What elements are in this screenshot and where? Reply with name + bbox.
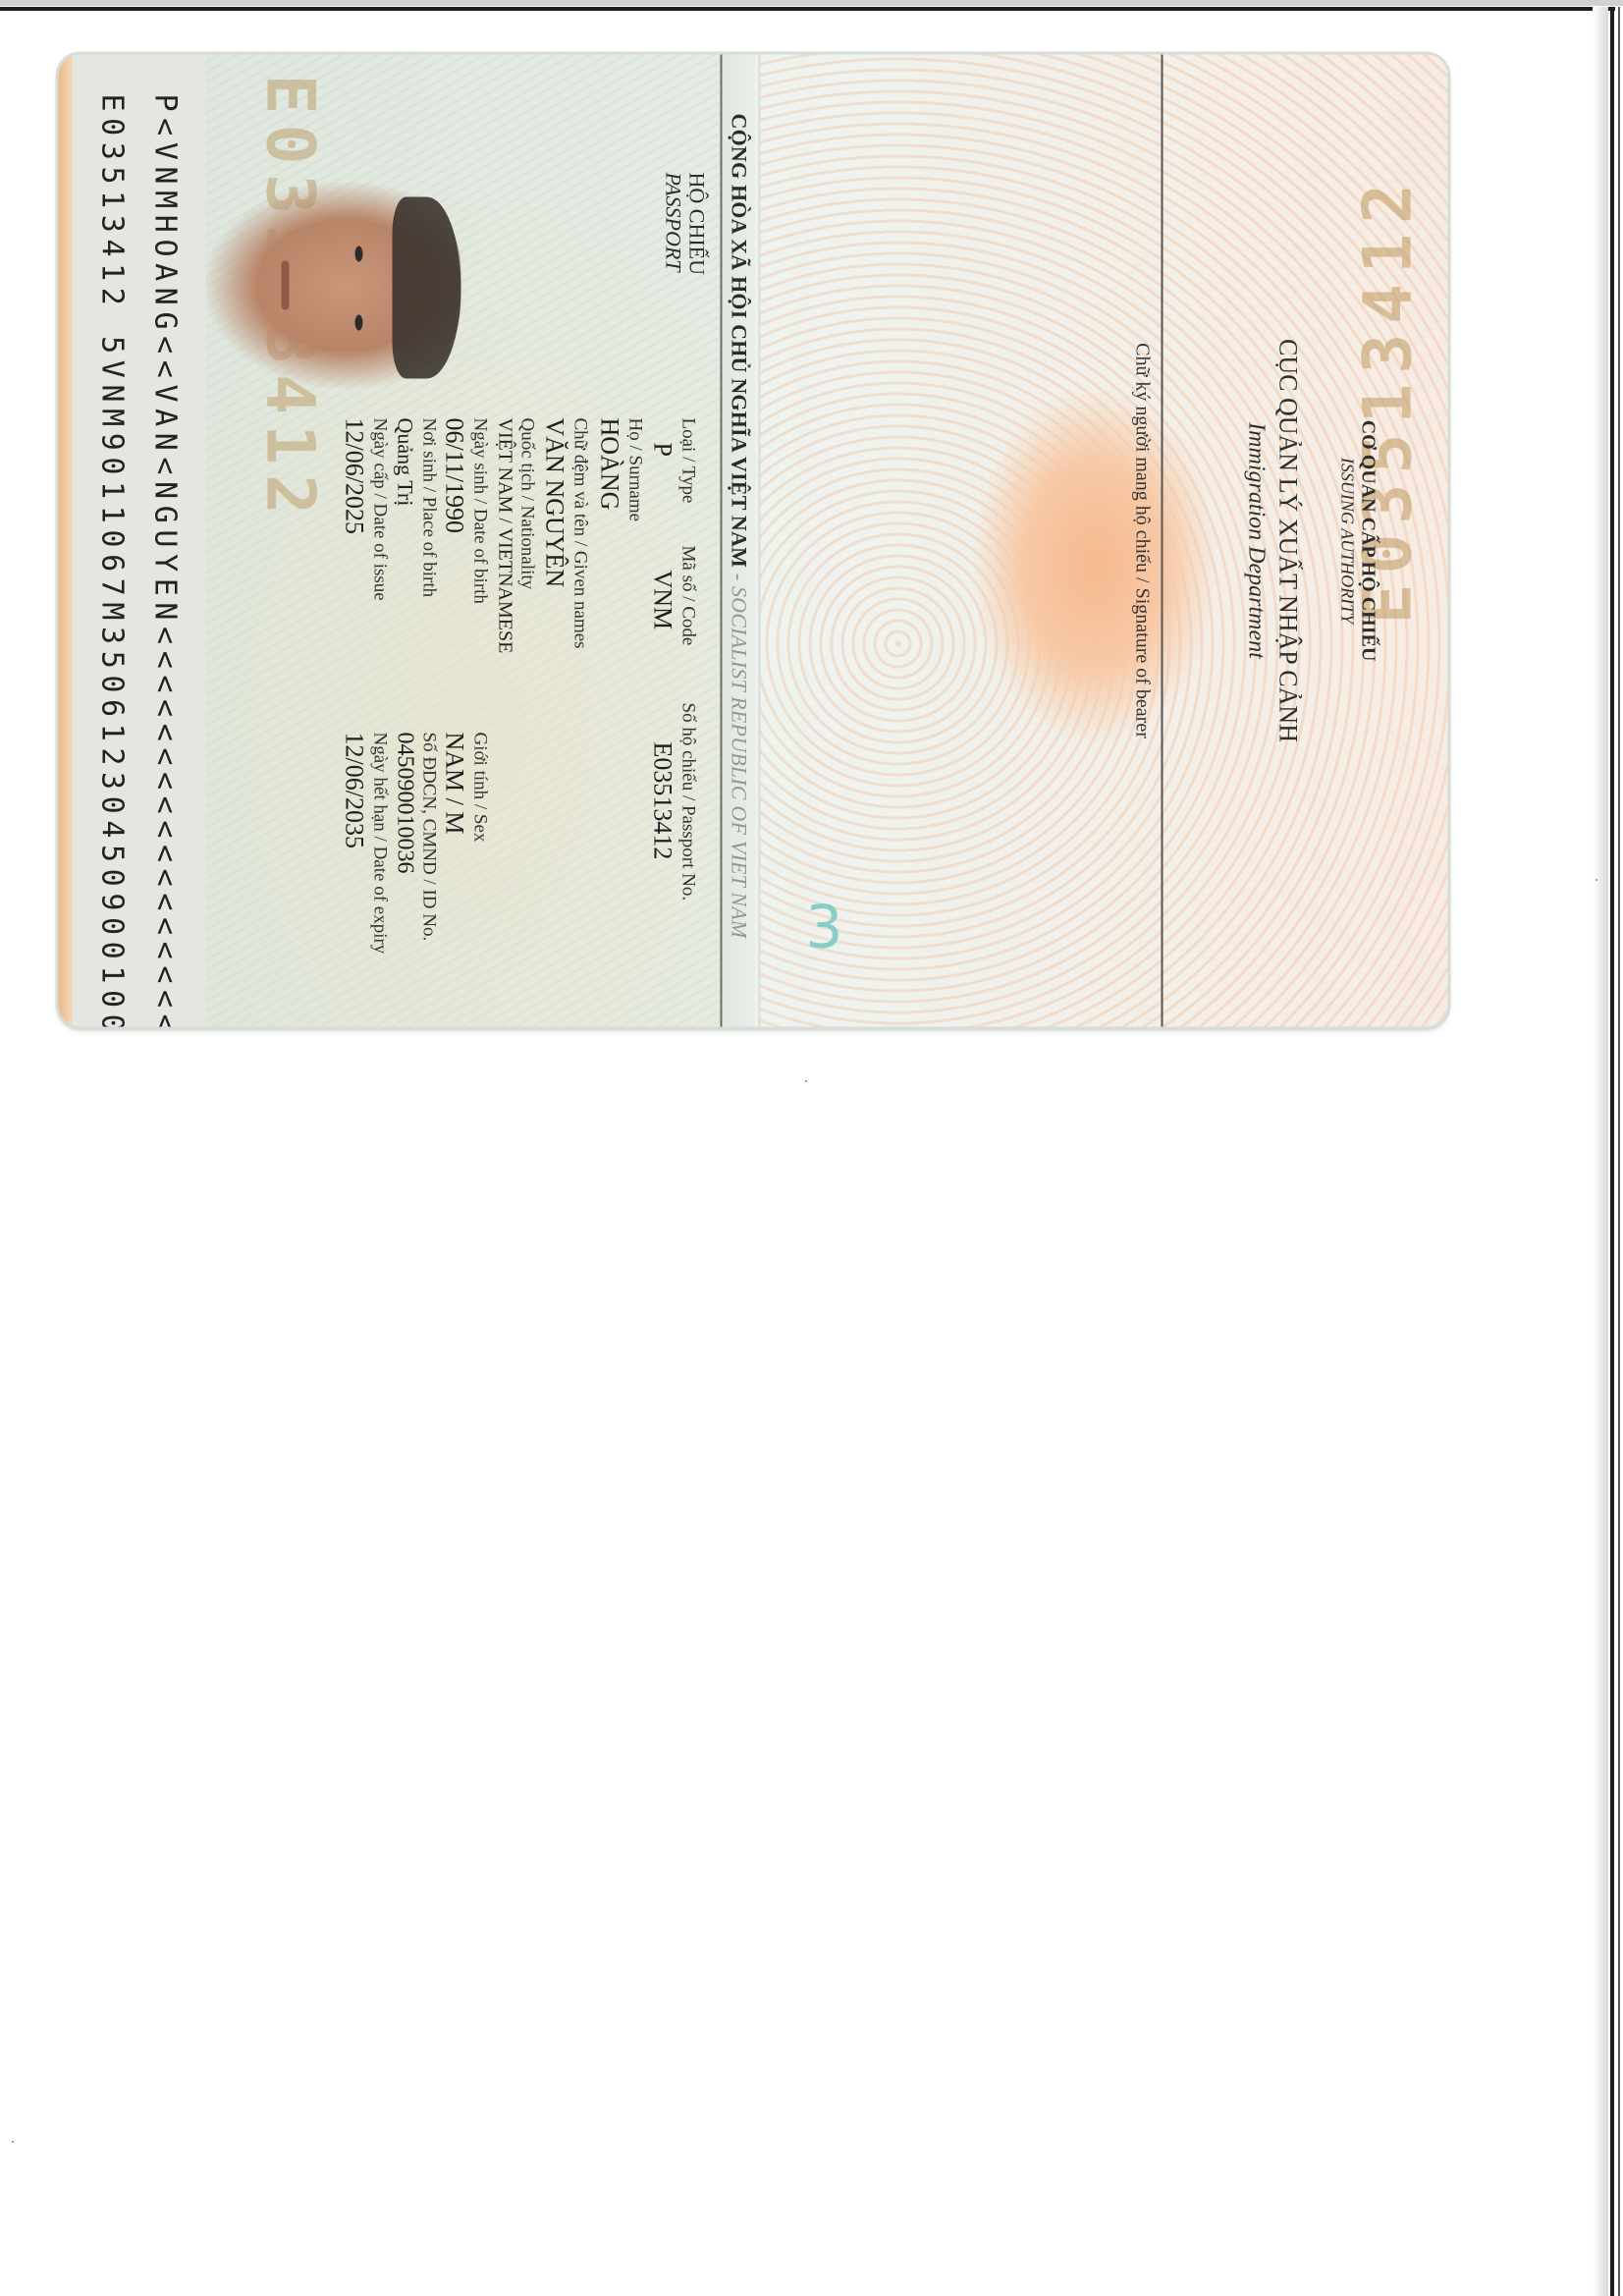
date-of-birth-label: Ngày sinh / Date of birth <box>469 418 491 604</box>
issuing-authority-label-en: ISSUING AUTHORITY <box>1337 55 1358 1027</box>
mrz-line-1: P<VNMHOANG<<VAN<NGUYEN<<<<<<<<<<<<<<<<<<… <box>148 94 183 1027</box>
passport-no-label: Số hộ chiếu / Passport No. <box>677 703 699 902</box>
scan-speck <box>12 2141 14 2143</box>
document-title-vi: HỘ CHIẾU <box>685 173 709 276</box>
nationality-label: Quốc tịch / Nationality <box>516 418 538 590</box>
date-of-expiry-label: Ngày hết hạn / Date of expiry <box>369 733 391 955</box>
data-page-header: CỘNG HÒA XÃ HỘI CHỦ NGHĨA VIỆT NAM - SOC… <box>721 55 756 1027</box>
scan-shadow-right <box>1593 7 1608 2296</box>
holder-photo-eye <box>355 315 363 331</box>
id-no-label: Số ĐDCN, CMND / ID No. <box>418 733 440 942</box>
date-of-expiry-value: 12/06/2035 <box>340 733 369 848</box>
signature-line <box>1162 55 1163 1027</box>
surname-label: Họ / Surname <box>624 418 646 522</box>
place-of-birth-label: Nơi sinh / Place of birth <box>418 418 440 598</box>
scan-speck <box>805 1080 807 1082</box>
data-page: CỘNG HÒA XÃ HỘI CHỦ NGHĨA VIỆT NAM - SOC… <box>59 55 756 1027</box>
scan-border-right <box>1610 7 1614 2296</box>
passport-spread: E03513412 CƠ QUAN CẤP HỘ CHIẾU ISSUING A… <box>59 55 1448 1027</box>
mrz-line-2: E03513412 5VNM9011067M350612304509001003… <box>95 94 130 1027</box>
country-name: CỘNG HÒA XÃ HỘI CHỦ NGHĨA VIỆT NAM <box>728 114 752 569</box>
id-no-value: 045090010036 <box>392 733 418 874</box>
issuing-authority-en: Immigration Department <box>1243 55 1270 1027</box>
given-names-value: VĂN NGUYÊN <box>540 418 569 588</box>
type-value: P <box>648 443 677 457</box>
scan-border-top <box>0 7 1615 11</box>
mrz-zone <box>73 55 206 1027</box>
code-label: Mã số / Code <box>677 546 699 646</box>
page-edge <box>59 55 73 1027</box>
signature-label: Chữ ký người mang hộ chiếu / Signature o… <box>1131 55 1154 1027</box>
type-label: Loại / Type <box>677 418 699 504</box>
sex-value: NAM / M <box>440 733 469 835</box>
date-of-issue-value: 12/06/2025 <box>340 418 369 534</box>
sex-label: Giới tính / Sex <box>469 733 491 843</box>
holder-photo-eye <box>355 246 363 262</box>
scan-border-right-thin <box>1618 7 1620 2296</box>
given-names-label: Chữ đệm và tên / Given names <box>569 418 591 649</box>
authority-page: E03513412 CƠ QUAN CẤP HỘ CHIẾU ISSUING A… <box>761 55 1448 1027</box>
date-of-birth-value: 06/11/1990 <box>440 418 469 533</box>
scan-top-edge <box>0 0 1623 6</box>
passport-scan: E03513412 CƠ QUAN CẤP HỘ CHIẾU ISSUING A… <box>59 54 1448 1026</box>
code-value: VNM <box>648 571 677 630</box>
holder-photo-mouth <box>282 261 290 310</box>
document-title-en: PASSPORT <box>662 173 685 276</box>
holder-photo-hair <box>393 197 461 379</box>
place-of-birth-value: Quảng Trị <box>393 418 418 507</box>
page-number: 3 <box>805 894 842 962</box>
surname-value: HOÀNG <box>595 418 624 511</box>
scan-speck <box>1596 879 1597 881</box>
issuing-authority-label: CƠ QUAN CẤP HỘ CHIẾU <box>1357 55 1380 1027</box>
issuing-authority: CỤC QUẢN LÝ XUẤT NHẬP CẢNH <box>1273 55 1303 1027</box>
country-name-en: - SOCIALIST REPUBLIC OF VIET NAM <box>728 568 752 938</box>
date-of-issue-label: Ngày cấp / Date of issue <box>369 418 391 601</box>
nationality-value: VIỆT NAM / VIETNAMESE <box>494 418 516 654</box>
passport-no-value: E03513412 <box>648 742 677 860</box>
document-title: HỘ CHIẾU PASSPORT <box>662 173 709 276</box>
